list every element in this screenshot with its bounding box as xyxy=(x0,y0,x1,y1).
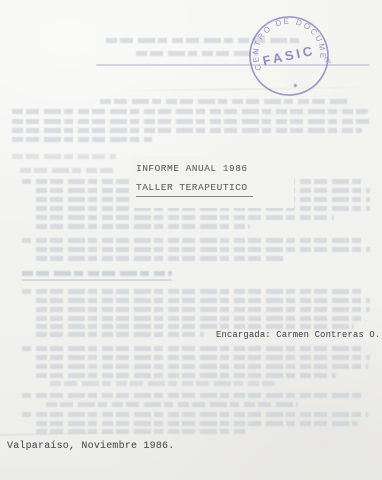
scanned-page: CENTRO DE DOCUMENTACION FASIC ◆ Nº INFOR… xyxy=(0,0,382,480)
faded-text-line xyxy=(50,381,280,386)
faded-text-line xyxy=(12,119,370,124)
faded-text-line xyxy=(36,355,370,360)
faded-text-line xyxy=(36,364,368,369)
report-title-block: INFORME ANUAL 1986 TALLER TERAPEUTICO xyxy=(130,156,294,208)
faded-text-line xyxy=(12,137,152,142)
faded-text-line xyxy=(36,324,354,329)
faded-text-line xyxy=(22,238,31,243)
faded-text-line xyxy=(22,412,31,417)
report-title: INFORME ANUAL 1986 xyxy=(136,163,294,174)
stamp-center-text: FASIC xyxy=(261,43,316,69)
faded-text-line xyxy=(36,298,370,303)
faded-text-line xyxy=(22,346,31,351)
faded-text-line xyxy=(36,393,362,398)
stamp-diamond-icon: ◆ xyxy=(293,82,300,91)
place-and-date: Valparaíso, Noviembre 1986. xyxy=(7,441,174,452)
faded-text-line xyxy=(36,307,370,312)
faded-text-line xyxy=(36,346,366,351)
faded-text-line xyxy=(36,224,250,229)
person-in-charge: Encargada: Carmen Contreras O. xyxy=(216,330,380,340)
faded-text-line xyxy=(36,238,366,243)
faded-text-line xyxy=(36,215,334,220)
faded-text-line xyxy=(20,168,116,173)
fasic-archive-stamp: CENTRO DE DOCUMENTACION FASIC ◆ Nº xyxy=(230,0,348,112)
faded-text-line xyxy=(36,421,358,426)
faded-text-line xyxy=(22,289,31,294)
faded-text-line xyxy=(36,332,204,337)
faded-text-line xyxy=(22,179,31,184)
faded-text-line xyxy=(36,289,364,294)
faded-text-line xyxy=(12,154,116,159)
faded-text-line xyxy=(36,429,248,434)
faded-text-line xyxy=(46,402,298,407)
faded-text-line xyxy=(36,247,370,252)
faded-text-line xyxy=(36,373,336,378)
faded-text-line xyxy=(36,256,284,261)
faded-text-line xyxy=(22,393,31,398)
faded-text-line xyxy=(36,412,368,417)
faded-text-line xyxy=(22,271,172,276)
faded-text-line xyxy=(36,316,366,321)
report-subtitle: TALLER TERAPEUTICO xyxy=(136,182,253,197)
stamp-arc-text: CENTRO DE DOCUMENTACION xyxy=(230,0,329,81)
faded-rule xyxy=(22,279,172,281)
faded-text-line xyxy=(12,128,362,133)
